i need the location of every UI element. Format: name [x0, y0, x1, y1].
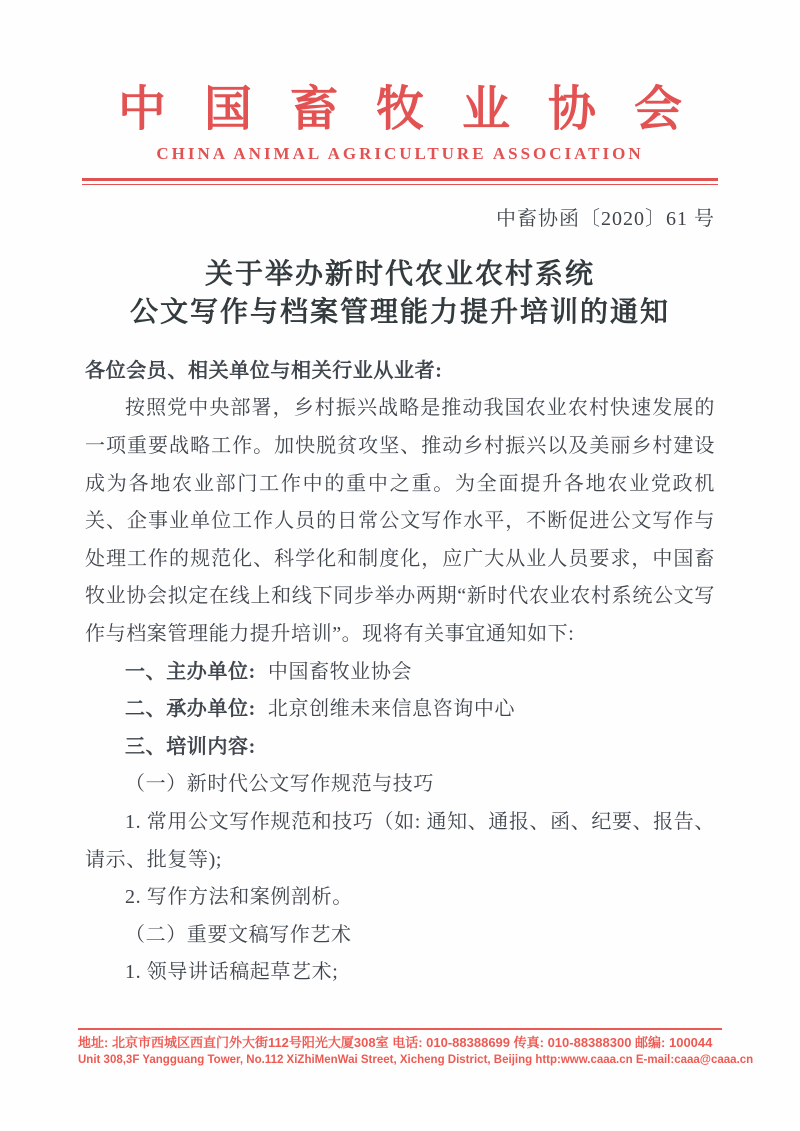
section-2-heading: （二）重要文稿写作艺术	[85, 917, 715, 955]
section-1-heading: （一）新时代公文写作规范与技巧	[85, 766, 715, 804]
scanned-notice-page: 中国畜牧业协会 CHINA ANIMAL AGRICULTURE ASSOCIA…	[0, 0, 800, 1131]
section-2-point-1: 1. 领导讲话稿起草艺术;	[85, 954, 715, 992]
notice-title-line-1: 关于举办新时代农业农村系统	[0, 256, 800, 294]
item-training-content-label: 三、培训内容:	[125, 736, 256, 758]
letterhead-double-rule	[82, 178, 718, 185]
salutation: 各位会员、相关单位与相关行业从业者:	[85, 353, 715, 391]
org-name-cn: 中国畜牧业协会	[118, 84, 720, 137]
item-host-unit-label: 一、主办单位:	[125, 661, 256, 683]
notice-title-line-2: 公文写作与档案管理能力提升培训的通知	[0, 294, 800, 332]
item-training-content: 三、培训内容:	[85, 729, 715, 767]
footer-address-en: Unit 308,3F Yangguang Tower, No.112 XiZh…	[78, 1052, 722, 1069]
org-name-en: CHINA ANIMAL AGRICULTURE ASSOCIATION	[0, 144, 800, 164]
item-host-unit: 一、主办单位:中国畜牧业协会	[85, 654, 715, 692]
doc-number: 中畜协函〔2020〕61 号	[85, 202, 715, 231]
section-1-point-1: 1. 常用公文写作规范和技巧（如: 通知、通报、函、纪要、报告、请示、批复等);	[85, 804, 715, 879]
intro-paragraph: 按照党中央部署，乡村振兴战略是推动我国农业农村快速发展的一项重要战略工作。加快脱…	[85, 390, 715, 653]
item-host-unit-value: 中国畜牧业协会	[268, 661, 412, 683]
letterhead: 中国畜牧业协会 CHINA ANIMAL AGRICULTURE ASSOCIA…	[0, 0, 800, 185]
footer: 地址: 北京市西城区西直门外大街112号阳光大厦308室 电话: 010-883…	[78, 1028, 722, 1069]
notice-body: 各位会员、相关单位与相关行业从业者: 按照党中央部署，乡村振兴战略是推动我国农业…	[85, 353, 715, 992]
footer-address-cn: 地址: 北京市西城区西直门外大街112号阳光大厦308室 电话: 010-883…	[78, 1034, 722, 1052]
item-organizer-unit-value: 北京创维未来信息咨询中心	[268, 698, 515, 720]
notice-title: 关于举办新时代农业农村系统 公文写作与档案管理能力提升培训的通知	[0, 256, 800, 332]
item-organizer-unit-label: 二、承办单位:	[125, 698, 256, 720]
section-1-point-2: 2. 写作方法和案例剖析。	[85, 879, 715, 917]
item-organizer-unit: 二、承办单位:北京创维未来信息咨询中心	[85, 691, 715, 729]
